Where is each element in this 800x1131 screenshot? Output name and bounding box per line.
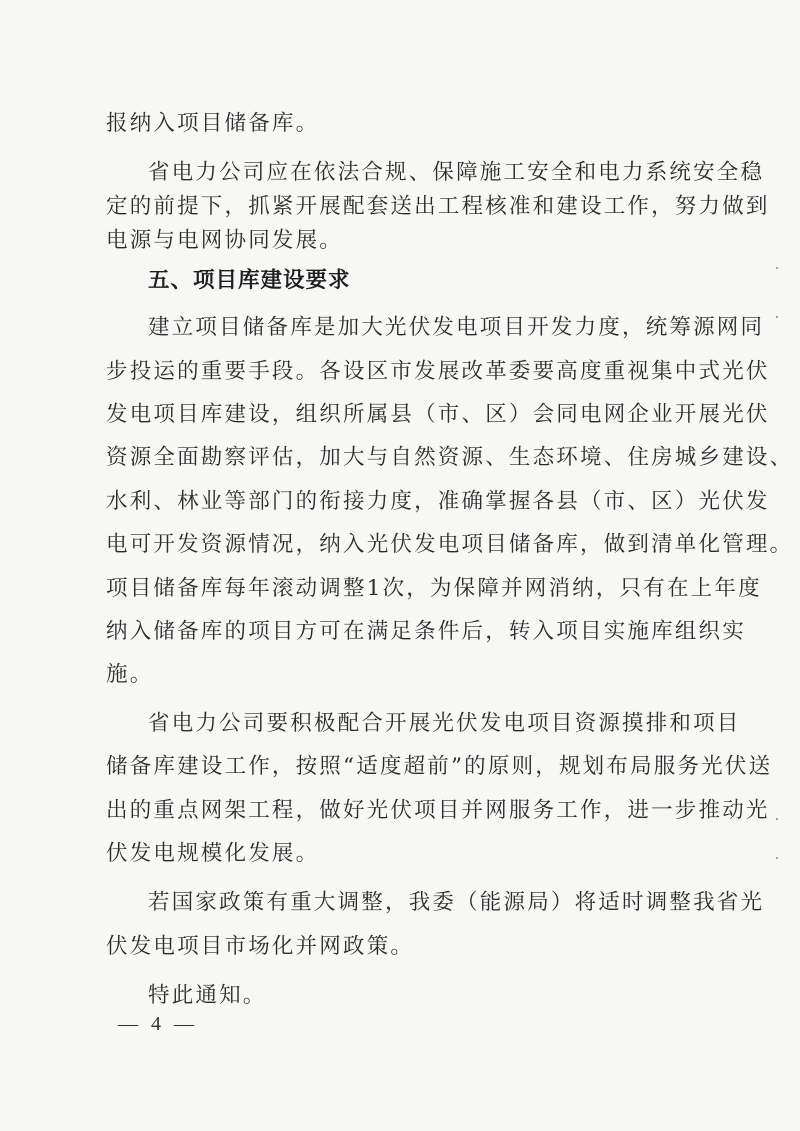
text-line: 电源与电网协同发展。: [106, 227, 706, 255]
document-page: 报纳入项目储备库。省电力公司应在依法合规、保障施工安全和电力系统安全稳定的前提下…: [0, 0, 800, 1131]
text-line: 出的重点网架工程，做好光伏项目并网服务工作，进一步推动光: [106, 797, 706, 825]
text-line: 水利、林业等部门的衔接力度，准确掌握各县（市、区）光伏发: [106, 488, 706, 516]
text-line: 施。: [106, 661, 706, 689]
text-line: 定的前提下，抓紧开展配套送出工程核准和建设工作，努力做到: [106, 193, 706, 221]
text-line: 项目储备库每年滚动调整1次，为保障并网消纳，只有在上年度: [106, 575, 706, 603]
text-line: 伏发电规模化发展。: [106, 840, 706, 868]
scan-speck: [776, 818, 778, 820]
section-heading: 五、项目库建设要求: [148, 267, 706, 295]
text-line: 发电项目库建设，组织所属县（市、区）会同电网企业开展光伏: [106, 401, 706, 429]
scan-speck: [776, 857, 778, 859]
scan-speck: [776, 316, 778, 318]
text-line: 资源全面勘察评估，加大与自然资源、生态环境、住房城乡建设、: [106, 444, 706, 472]
text-line: 建立项目储备库是加大光伏发电项目开发力度，统筹源网同: [148, 314, 706, 342]
text-line: 若国家政策有重大调整，我委（能源局）将适时调整我省光: [148, 889, 706, 917]
text-line: 特此通知。: [148, 982, 706, 1010]
page-number: — 4 —: [118, 1013, 198, 1036]
text-line: 步投运的重要手段。各设区市发展改革委要高度重视集中式光伏: [106, 358, 706, 386]
text-line: 省电力公司应在依法合规、保障施工安全和电力系统安全稳: [148, 159, 706, 187]
text-line: 伏发电项目市场化并网政策。: [106, 933, 706, 961]
scan-speck: [776, 267, 778, 269]
text-line: 纳入储备库的项目方可在满足条件后，转入项目实施库组织实: [106, 618, 706, 646]
text-line: 省电力公司要积极配合开展光伏发电项目资源摸排和项目: [148, 710, 706, 738]
text-line: 电可开发资源情况，纳入光伏发电项目储备库，做到清单化管理。: [106, 531, 706, 559]
text-line: 报纳入项目储备库。: [106, 110, 706, 138]
text-line: 储备库建设工作，按照“适度超前”的原则，规划布局服务光伏送: [106, 753, 706, 781]
